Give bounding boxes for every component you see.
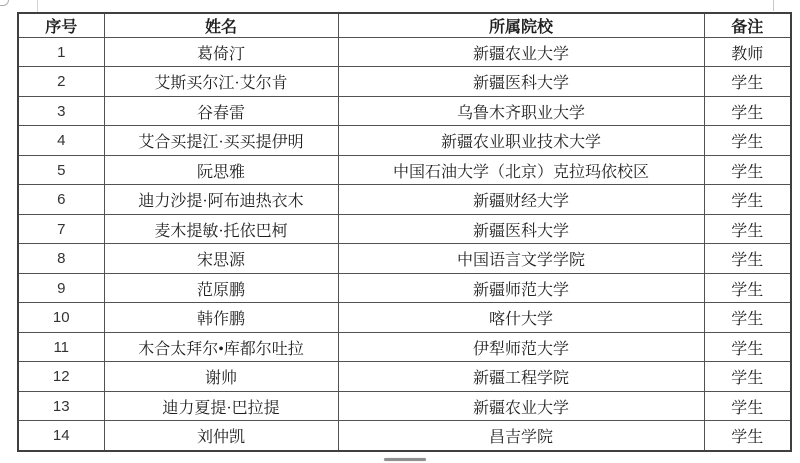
cell-name: 葛倚汀: [104, 38, 338, 67]
cell-school: 新疆师范大学: [338, 273, 704, 302]
clipped-border-fragment-left: [37, 0, 38, 12]
cell-note: 学生: [704, 155, 791, 184]
table-row: 1葛倚汀新疆农业大学教师: [18, 38, 791, 67]
cell-no: 12: [18, 362, 104, 391]
column-header-school: 所属院校: [338, 13, 704, 38]
cell-note: 学生: [704, 303, 791, 332]
cell-note: 教师: [704, 38, 791, 67]
cell-school: 新疆农业职业技术大学: [338, 126, 704, 155]
cell-school: 喀什大学: [338, 303, 704, 332]
cell-no: 10: [18, 303, 104, 332]
cell-school: 新疆财经大学: [338, 185, 704, 214]
cell-school: 昌吉学院: [338, 421, 704, 451]
cell-note: 学生: [704, 273, 791, 302]
cell-school: 新疆农业大学: [338, 38, 704, 67]
table-row: 11木合太拜尔•库都尔吐拉伊犁师范大学学生: [18, 332, 791, 361]
cell-no: 5: [18, 155, 104, 184]
table-row: 2艾斯买尔江·艾尔肯新疆医科大学学生: [18, 67, 791, 96]
cell-note: 学生: [704, 67, 791, 96]
cell-note: 学生: [704, 126, 791, 155]
cell-name: 麦木提敏·托依巴柯: [104, 214, 338, 243]
table-row: 8宋思源中国语言文学学院学生: [18, 244, 791, 273]
cell-name: 艾合买提江·买买提伊明: [104, 126, 338, 155]
cell-name: 木合太拜尔•库都尔吐拉: [104, 332, 338, 361]
cell-school: 伊犁师范大学: [338, 332, 704, 361]
cell-no: 8: [18, 244, 104, 273]
cell-school: 新疆医科大学: [338, 67, 704, 96]
cell-no: 4: [18, 126, 104, 155]
cell-name: 迪力夏提·巴拉提: [104, 391, 338, 420]
cell-school: 新疆农业大学: [338, 391, 704, 420]
cell-school: 中国语言文学学院: [338, 244, 704, 273]
cell-note: 学生: [704, 185, 791, 214]
header-row: 序号 姓名 所属院校 备注: [18, 13, 791, 38]
cell-school: 乌鲁木齐职业大学: [338, 96, 704, 125]
cell-no: 11: [18, 332, 104, 361]
cell-note: 学生: [704, 362, 791, 391]
column-header-note: 备注: [704, 13, 791, 38]
table-row: 12谢帅新疆工程学院学生: [18, 362, 791, 391]
cell-note: 学生: [704, 391, 791, 420]
table-row: 3谷春雷乌鲁木齐职业大学学生: [18, 96, 791, 125]
cell-no: 9: [18, 273, 104, 302]
cell-no: 14: [18, 421, 104, 451]
clipped-rounded-rect-corner: [0, 0, 9, 6]
cell-note: 学生: [704, 244, 791, 273]
cell-name: 宋思源: [104, 244, 338, 273]
cell-no: 7: [18, 214, 104, 243]
table-row: 7麦木提敏·托依巴柯新疆医科大学学生: [18, 214, 791, 243]
table-row: 14刘仲凯昌吉学院学生: [18, 421, 791, 451]
cell-no: 1: [18, 38, 104, 67]
drag-handle[interactable]: [384, 458, 426, 461]
cell-no: 13: [18, 391, 104, 420]
column-header-name: 姓名: [104, 13, 338, 38]
cell-note: 学生: [704, 332, 791, 361]
cell-name: 刘仲凯: [104, 421, 338, 451]
cell-no: 2: [18, 67, 104, 96]
roster-table: 序号 姓名 所属院校 备注 1葛倚汀新疆农业大学教师2艾斯买尔江·艾尔肯新疆医科…: [17, 12, 792, 452]
table-row: 5阮思雅中国石油大学（北京）克拉玛依校区学生: [18, 155, 791, 184]
cell-no: 6: [18, 185, 104, 214]
clipped-border-fragment-right: [773, 0, 774, 11]
cell-note: 学生: [704, 421, 791, 451]
column-header-no: 序号: [18, 13, 104, 38]
table-row: 4艾合买提江·买买提伊明新疆农业职业技术大学学生: [18, 126, 791, 155]
cell-note: 学生: [704, 214, 791, 243]
cell-name: 谢帅: [104, 362, 338, 391]
table-row: 6迪力沙提·阿布迪热衣木新疆财经大学学生: [18, 185, 791, 214]
document-page: 序号 姓名 所属院校 备注 1葛倚汀新疆农业大学教师2艾斯买尔江·艾尔肯新疆医科…: [0, 0, 800, 463]
table-row: 9范原鹏新疆师范大学学生: [18, 273, 791, 302]
cell-school: 中国石油大学（北京）克拉玛依校区: [338, 155, 704, 184]
cell-no: 3: [18, 96, 104, 125]
table-row: 10韩作鹏喀什大学学生: [18, 303, 791, 332]
table-row: 13迪力夏提·巴拉提新疆农业大学学生: [18, 391, 791, 420]
cell-note: 学生: [704, 96, 791, 125]
cell-school: 新疆工程学院: [338, 362, 704, 391]
cell-name: 迪力沙提·阿布迪热衣木: [104, 185, 338, 214]
cell-name: 范原鹏: [104, 273, 338, 302]
cell-name: 韩作鹏: [104, 303, 338, 332]
cell-name: 谷春雷: [104, 96, 338, 125]
cell-name: 艾斯买尔江·艾尔肯: [104, 67, 338, 96]
cell-name: 阮思雅: [104, 155, 338, 184]
cell-school: 新疆医科大学: [338, 214, 704, 243]
